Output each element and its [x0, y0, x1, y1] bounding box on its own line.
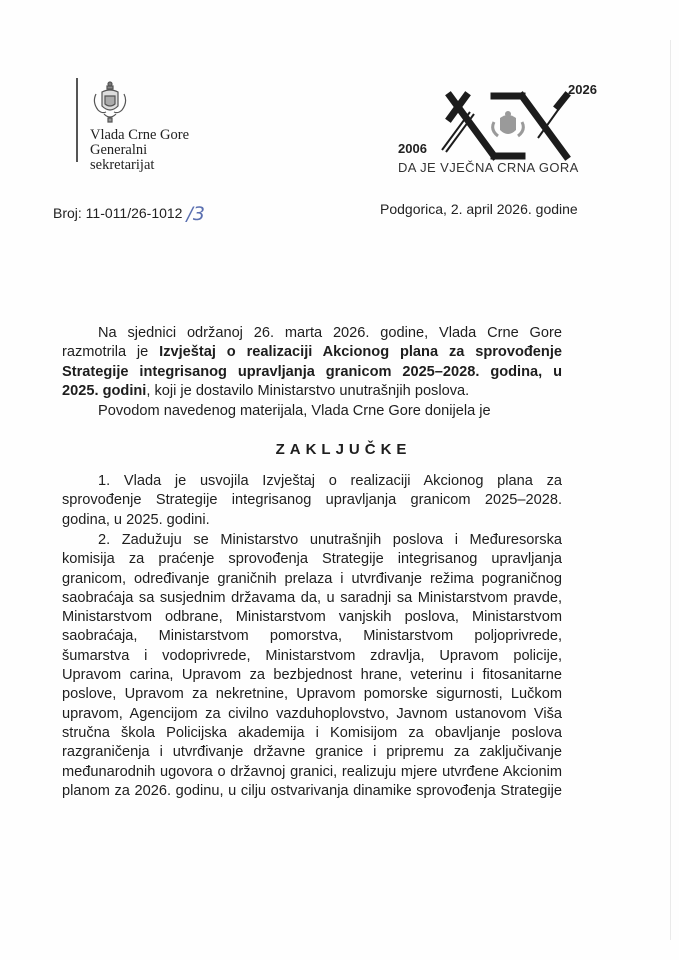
independence-jubilee-logo: 2026 2006 DA JE VJEČNA CRNA GORA — [390, 78, 610, 178]
logo-slogan: DA JE VJEČNA CRNA GORA — [398, 160, 579, 175]
org-line-government: Vlada Crne Gore — [90, 128, 189, 143]
conclusion-line: saobraćaja, Ministarstvom pomorstva, Min… — [62, 627, 562, 646]
adoption-paragraph: Povodom navedenog materijala, Vlada Crne… — [62, 402, 562, 421]
organization-name: Vlada Crne Gore Generalni sekretarijat — [90, 128, 189, 173]
intro-line: razmotrila je Izvještaj o realizaciji Ak… — [62, 343, 562, 362]
handwritten-suffix: /3 — [186, 203, 205, 225]
logo-year-start: 2006 — [398, 141, 427, 156]
conclusion-line: međunarodnih ugovora o državnoj granici,… — [62, 763, 562, 782]
report-title-bold: Izvještaj o realizaciji Akcionog plana z… — [159, 344, 562, 360]
conclusion-item-1: 1. Vlada je usvojila Izvještaj o realiza… — [62, 472, 562, 530]
org-line-secretariat: sekretarijat — [90, 158, 189, 173]
scan-edge — [670, 40, 671, 940]
conclusion-line: 2. Zadužuju se Ministarstvo unutrašnjih … — [62, 531, 562, 550]
header-divider — [76, 78, 78, 162]
conclusion-item-2: 2. Zadužuju se Ministarstvo unutrašnjih … — [62, 531, 562, 801]
intro-text: razmotrila je — [62, 344, 159, 360]
reference-label: Broj: 11-011/26-1012 — [53, 205, 182, 221]
conclusion-line: komisija za praćenje sprovođenja Strateg… — [62, 550, 562, 569]
conclusion-line: granicom, određivanje graničnih prelaza … — [62, 570, 562, 589]
conclusion-line: 1. Vlada je usvojila Izvještaj o realiza… — [62, 472, 562, 491]
report-title-bold: 2025. godini — [62, 383, 146, 399]
coat-of-arms-icon — [90, 80, 130, 124]
conclusion-line: planom za 2026. godinu, u cilju ostvariv… — [62, 782, 562, 801]
conclusion-line: Upravom carina, Upravom za bezbjednost h… — [62, 666, 562, 685]
reference-number: Broj: 11-011/26-1012/3 — [53, 201, 205, 223]
conclusions-heading: ZAKLJUČKE — [0, 441, 679, 458]
intro-line: Strategije integrisanog upravljanja gran… — [62, 363, 562, 382]
conclusion-line: šumarstva i vodoprivrede, Ministarstvom … — [62, 647, 562, 666]
report-title-bold: Strategije integrisanog upravljanja gran… — [62, 364, 562, 380]
adoption-line: Povodom navedenog materijala, Vlada Crne… — [62, 402, 562, 421]
conclusion-line: Ministarstvom odbrane, Ministarstvom van… — [62, 608, 562, 627]
conclusion-line: sprovođenje Strategije integrisanog upra… — [62, 491, 562, 510]
intro-line: Na sjednici održanoj 26. marta 2026. god… — [62, 324, 562, 343]
conclusion-line: poslove, Upravom za nekretnine, Upravom … — [62, 685, 562, 704]
conclusion-line: saobraćaja sa susjednim državama da, u s… — [62, 589, 562, 608]
conclusion-line: godina, u 2025. godini. — [62, 511, 562, 530]
place-and-date: Podgorica, 2. april 2026. godine — [380, 201, 578, 217]
conclusion-line: upravom, Agencijom za civilno vazduhoplo… — [62, 705, 562, 724]
logo-year-end: 2026 — [568, 82, 597, 97]
conclusion-line: razgraničenja i utvrđivanje državne gran… — [62, 743, 562, 762]
intro-text: Na sjednici održanoj 26. marta 2026. god… — [98, 325, 562, 341]
conclusion-line: stručna škola Policijska akademija i Kom… — [62, 724, 562, 743]
intro-paragraph: Na sjednici održanoj 26. marta 2026. god… — [62, 324, 562, 401]
document-page: Vlada Crne Gore Generalni sekretarijat — [0, 0, 679, 960]
org-line-general: Generalni — [90, 143, 189, 158]
intro-line: 2025. godini, koji je dostavilo Ministar… — [62, 382, 562, 401]
intro-text: , koji je dostavilo Ministarstvo unutraš… — [146, 383, 469, 399]
